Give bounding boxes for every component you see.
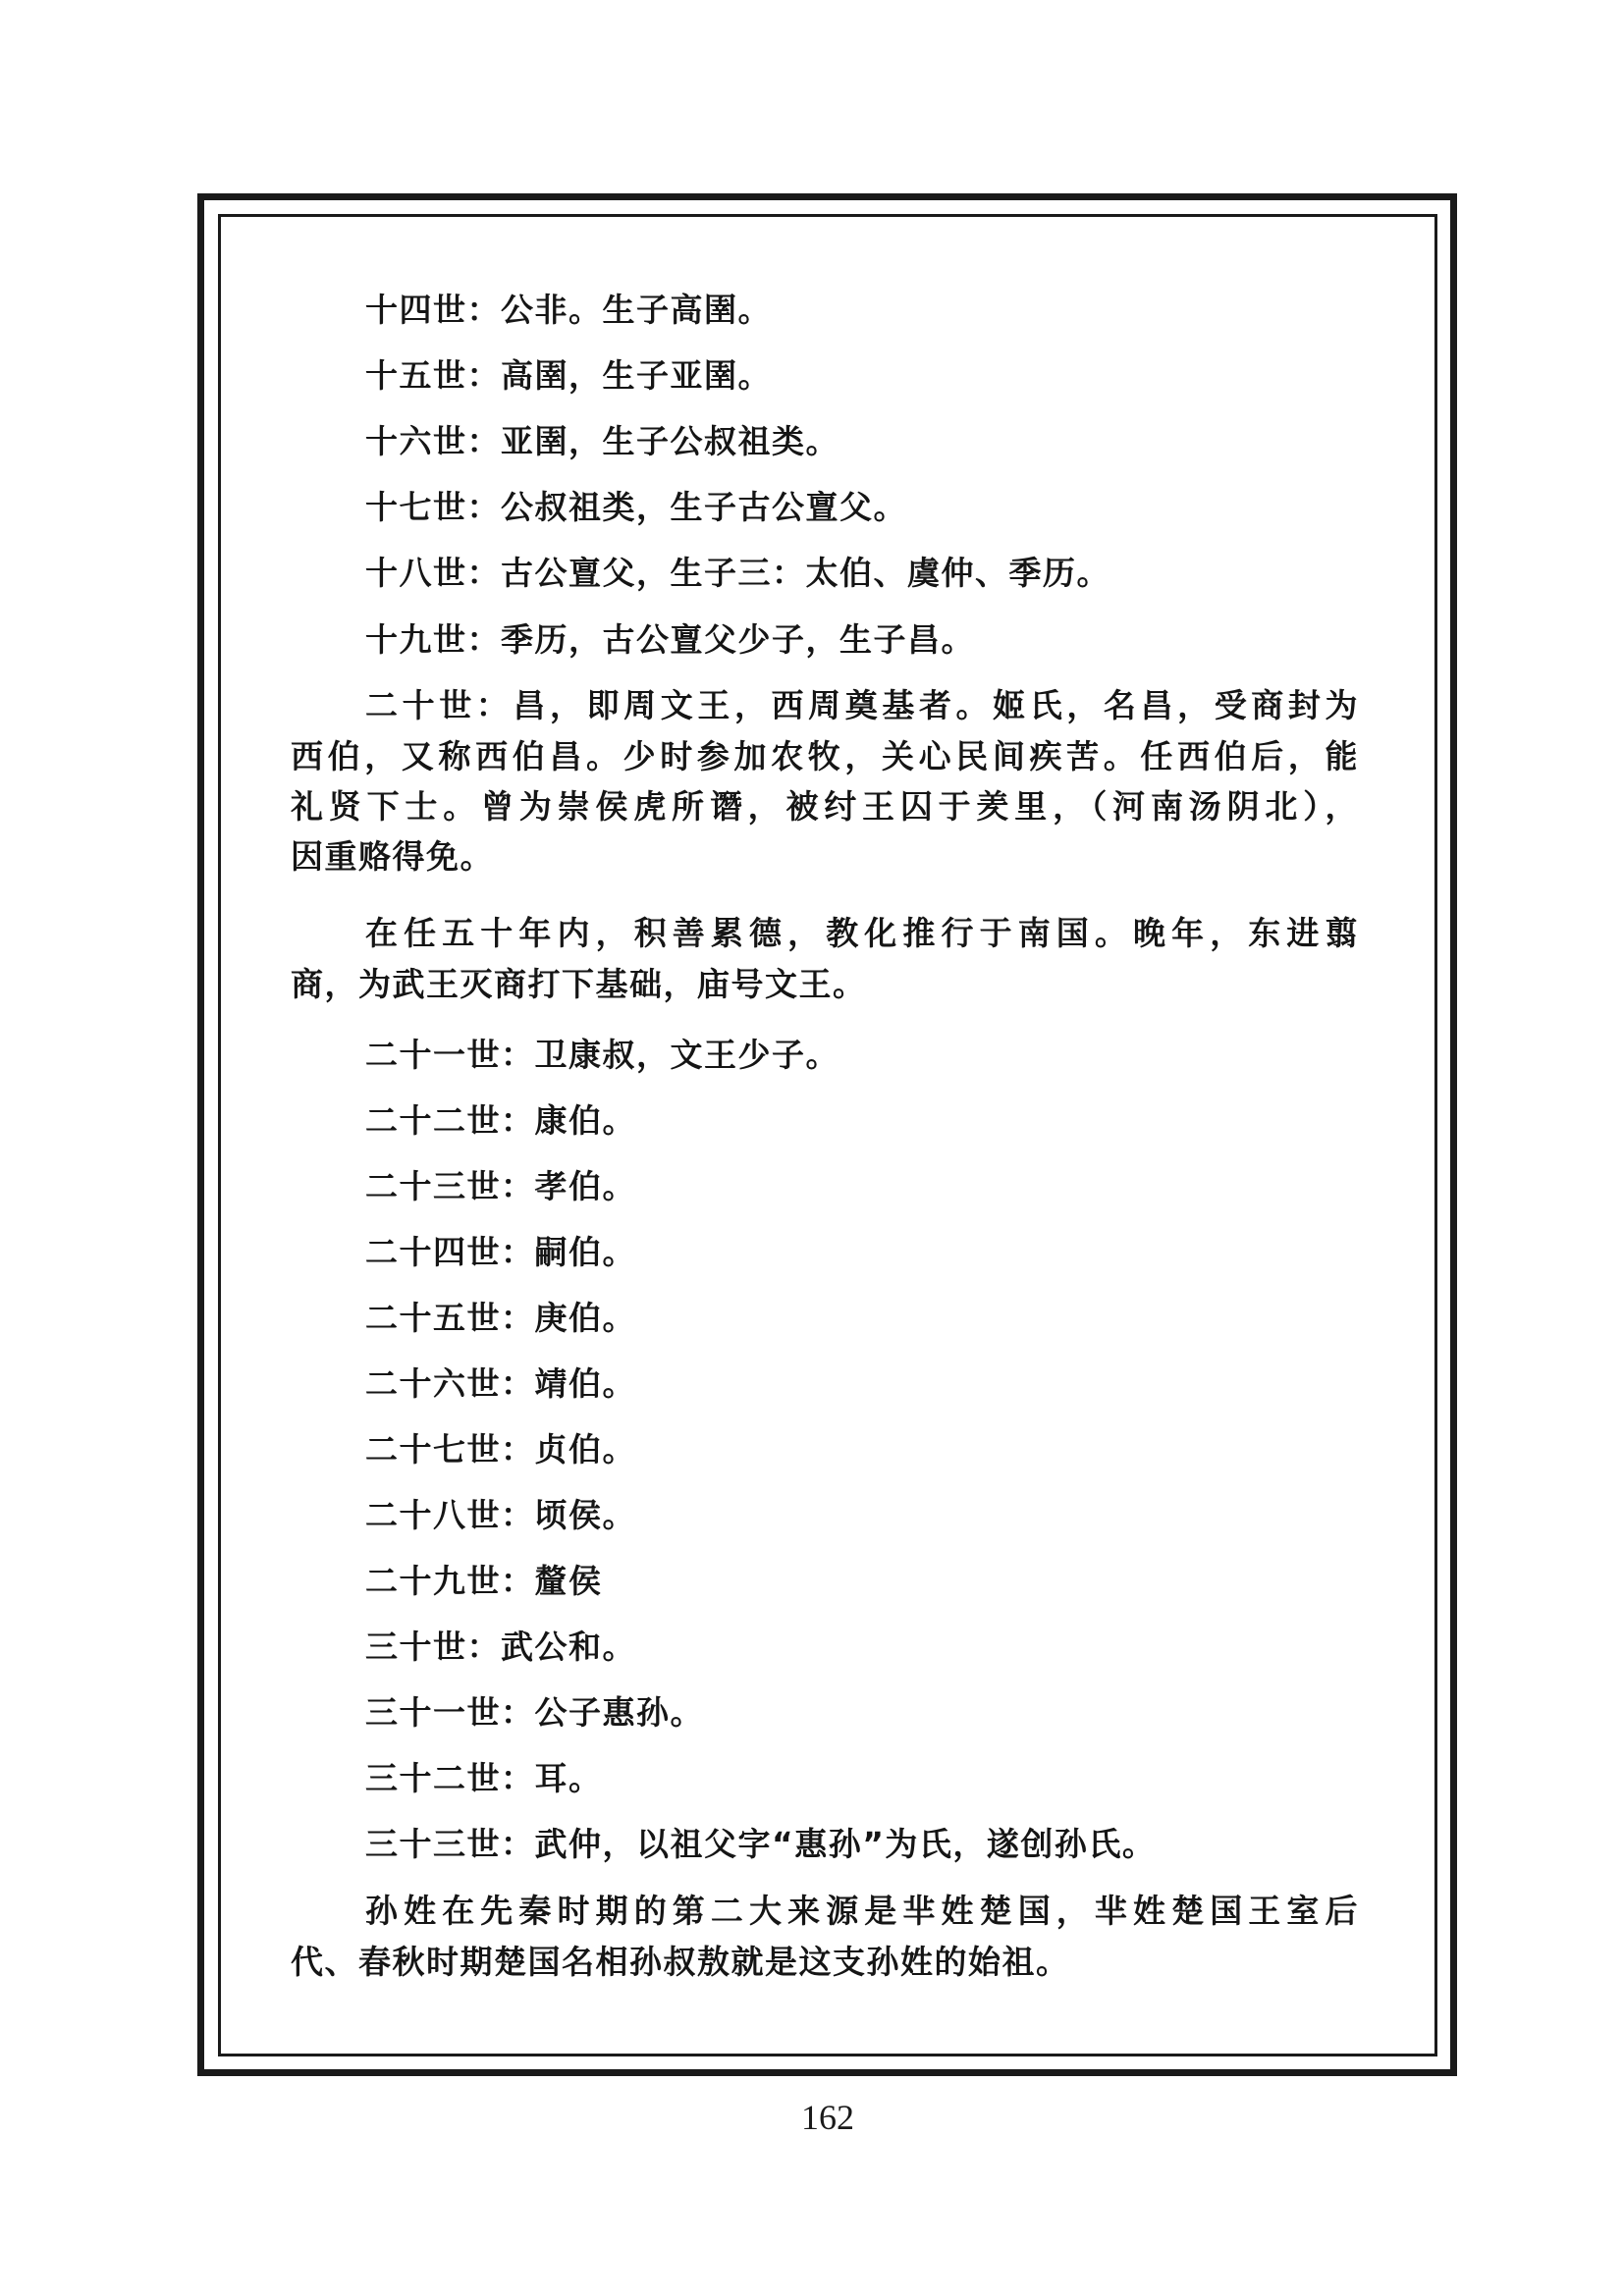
paragraph-line: 孙姓在先秦时期的第二大来源是芈姓楚国，芈姓楚国王室后 [365,1892,1359,1931]
generation-entry: 三十一世：公子惠孙。 [365,1693,704,1733]
generation-entry: 二十八世：顷侯。 [365,1496,636,1535]
generation-text: 武公和。 [501,1628,636,1666]
generation-label: 十七世： [365,488,501,526]
generation-text: 靖伯。 [535,1364,637,1403]
paragraph-line: 在任五十年内，积善累德，教化推行于南国。晚年，东进翦 [365,914,1359,953]
generation-entry: 三十世：武公和。 [365,1628,636,1667]
paragraph-line: 二十世：昌，即周文王，西周奠基者。姬氏，名昌，受商封为 [365,686,1359,725]
page-number: 162 [779,2097,877,2138]
paragraph-line: 西伯，又称西伯昌。少时参加农牧，关心民间疾苦。任西伯后，能 [291,737,1359,776]
generation-label: 二十六世： [365,1364,535,1403]
generation-text: 公非。生子高圉。 [501,291,772,329]
generation-entry: 二十四世：嗣伯。 [365,1233,636,1272]
generation-entry: 十六世：亚圉，生子公叔祖类。 [365,422,839,461]
generation-entry: 二十一世：卫康叔，文王少子。 [365,1036,839,1075]
generation-entry: 三十二世：耳。 [365,1759,603,1798]
generation-text: 季历，古公亶父少子，生子昌。 [501,620,975,659]
generation-label: 二十九世： [365,1562,535,1600]
generation-entry: 二十二世：康伯。 [365,1101,636,1141]
generation-text: 公子惠孙。 [535,1693,705,1732]
generation-label: 十四世： [365,291,501,329]
generation-entry: 二十九世：釐侯 [365,1562,603,1601]
generation-label: 三十三世： [365,1825,535,1863]
generation-label: 二十七世： [365,1430,535,1468]
generation-text: 卫康叔，文王少子。 [535,1036,840,1074]
generation-text: 公叔祖类，生子古公亶父。 [501,488,907,526]
generation-label: 十九世： [365,620,501,659]
generation-label: 二十五世： [365,1299,535,1337]
generation-entry: 二十六世：靖伯。 [365,1364,636,1404]
generation-entry: 二十五世：庚伯。 [365,1299,636,1338]
generation-label: 三十世： [365,1628,501,1666]
paragraph-line: 代、春秋时期楚国名相孙叔敖就是这支孙姓的始祖。 [291,1943,1070,1982]
generation-text: 武仲，以祖父字“惠孙”为氏，遂创孙氏。 [535,1825,1157,1863]
paragraph-line: 礼贤下士。曾为崇侯虎所谮，被纣王囚于羑里，（河南汤阴北）， [291,787,1359,827]
generation-text: 高圉，生子亚圉。 [501,356,772,395]
generation-label: 二十一世： [365,1036,535,1074]
generation-entry: 十五世：高圉，生子亚圉。 [365,356,772,396]
generation-label: 十六世： [365,422,501,460]
generation-entry: 二十七世：贞伯。 [365,1430,636,1469]
generation-label: 三十二世： [365,1759,535,1797]
generation-entry: 十四世：公非。生子高圉。 [365,291,772,330]
generation-label: 二十八世： [365,1496,535,1534]
generation-text: 贞伯。 [535,1430,637,1468]
generation-label: 十五世： [365,356,501,395]
generation-label: 二十二世： [365,1101,535,1140]
generation-text: 康伯。 [535,1101,637,1140]
generation-entry: 二十三世：孝伯。 [365,1167,636,1206]
page-content: 十四世：公非。生子高圉。 十五世：高圉，生子亚圉。 十六世：亚圉，生子公叔祖类。… [291,0,1371,2296]
generation-text: 嗣伯。 [535,1233,637,1271]
generation-text: 庚伯。 [535,1299,637,1337]
generation-entry: 十九世：季历，古公亶父少子，生子昌。 [365,620,975,660]
generation-entry: 十八世：古公亶父，生子三：太伯、虞仲、季历。 [365,554,1110,593]
generation-entry: 三十三世：武仲，以祖父字“惠孙”为氏，遂创孙氏。 [365,1825,1156,1864]
generation-text: 釐侯 [535,1562,603,1600]
generation-label: 三十一世： [365,1693,535,1732]
generation-text: 耳。 [535,1759,603,1797]
generation-text: 古公亶父，生子三：太伯、虞仲、季历。 [501,554,1110,592]
generation-text: 顷侯。 [535,1496,637,1534]
generation-text: 孝伯。 [535,1167,637,1205]
generation-label: 十八世： [365,554,501,592]
generation-text: 亚圉，生子公叔祖类。 [501,422,839,460]
paragraph-line: 因重赂得免。 [291,837,494,877]
generation-entry: 十七世：公叔祖类，生子古公亶父。 [365,488,907,527]
generation-label: 二十四世： [365,1233,535,1271]
generation-label: 二十三世： [365,1167,535,1205]
paragraph-line: 商，为武王灭商打下基础，庙号文王。 [291,965,867,1004]
